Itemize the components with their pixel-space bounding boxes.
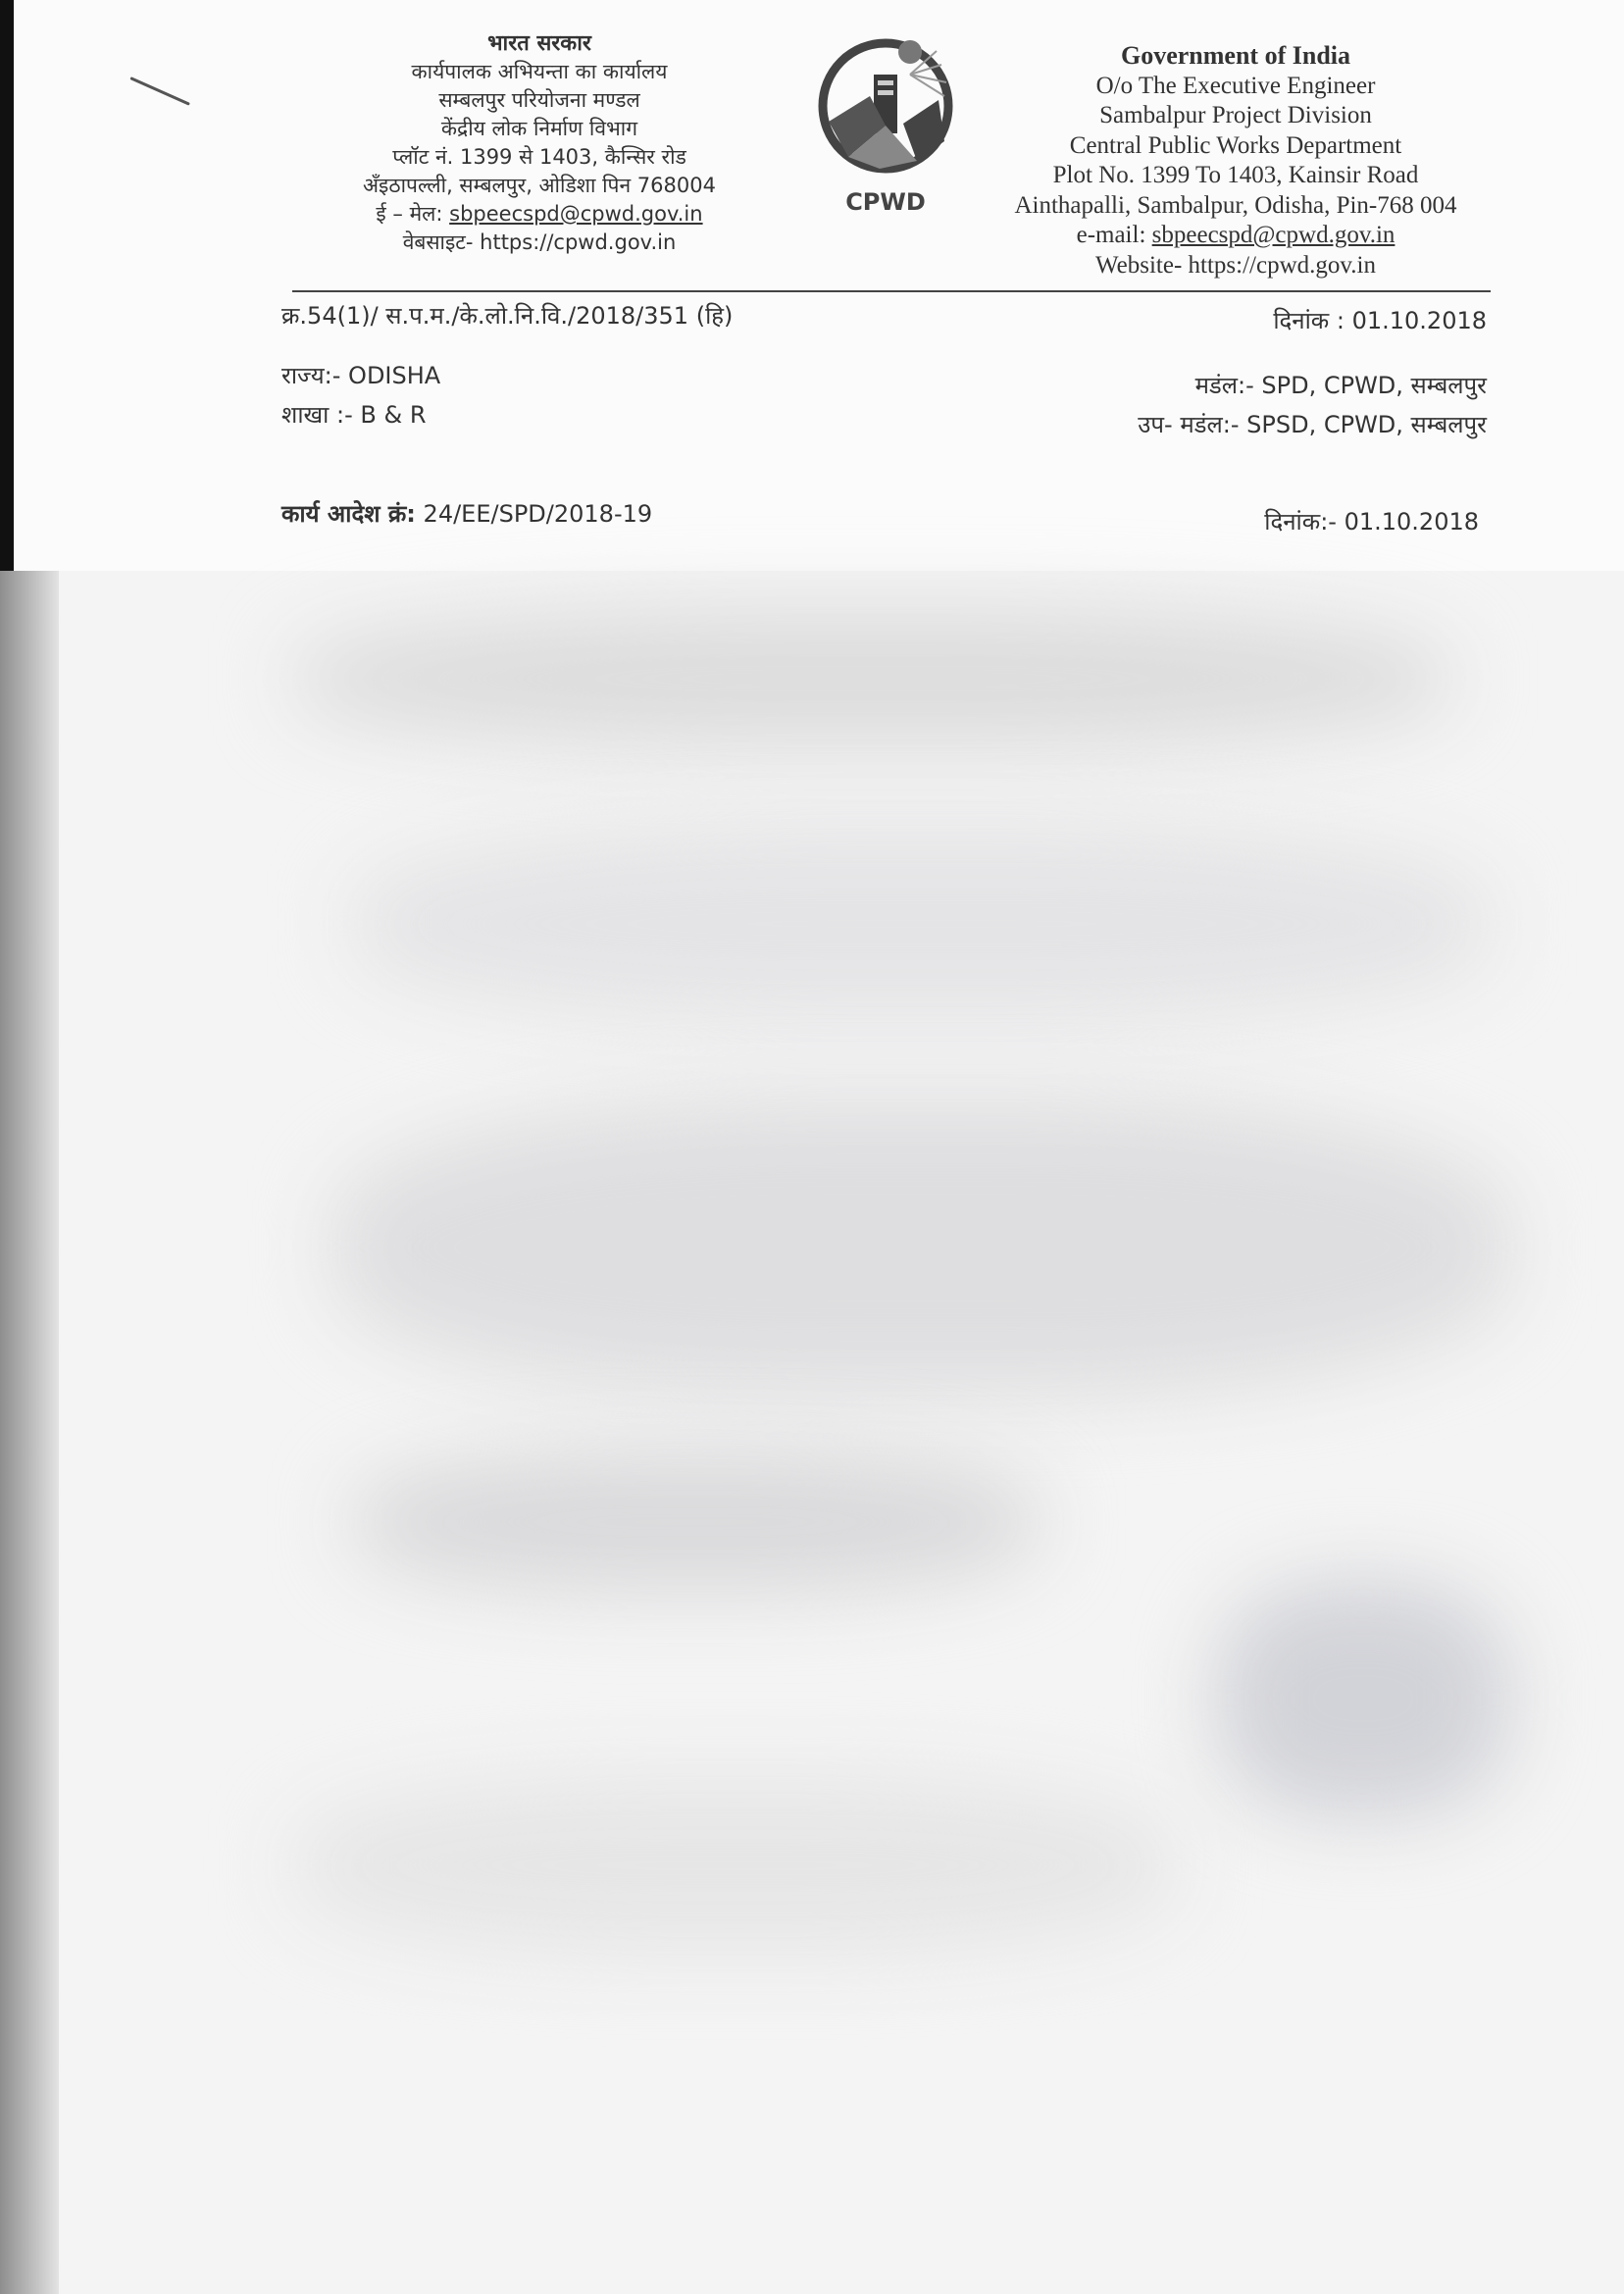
english-line: Central Public Works Department [990,131,1481,162]
hindi-email-row: ई – मेल: sbpeecspd@cpwd.gov.in [304,200,775,229]
cpwd-logo: CPWD [809,35,976,217]
hindi-line: कार्यपालक अभियन्ता का कार्यालय [304,58,775,86]
cpwd-emblem-icon: CPWD [809,35,976,217]
work-order-row: कार्य आदेश क्रं: 24/EE/SPD/2018-19 [281,497,652,530]
hindi-website-label: वेबसाइट- [403,230,474,254]
english-line: Sambalpur Project Division [990,101,1481,131]
english-line: Ainthapalli, Sambalpur, Odisha, Pin-768 … [990,191,1481,222]
english-website-label: Website- [1095,252,1182,279]
state-field: राज्य:- ODISHA [281,359,440,391]
branch-field: शाखा :- B & R [281,398,427,431]
svg-text:CPWD: CPWD [845,188,926,216]
english-email-label: e-mail: [1077,222,1146,248]
work-order-date: दिनांक:- 01.10.2018 [1264,505,1479,537]
reference-number: क्र.54(1)/ स.प.म./के.लो.नि.वि./2018/351 … [281,299,733,331]
redacted-body [59,571,1624,2294]
english-line: Plot No. 1399 To 1403, Kainsir Road [990,161,1481,191]
hindi-line: प्लॉट नं. 1399 से 1403, कैन्सिर रोड [304,143,775,172]
hindi-line: अँइठापल्ली, सम्बलपुर, ओडिशा पिन 768004 [304,172,775,200]
work-order-label: कार्य आदेश क्रं: [281,500,416,528]
hindi-website-row: वेबसाइट- https://cpwd.gov.in [304,229,775,257]
hindi-line: सम्बलपुर परियोजना मण्डल [304,86,775,115]
english-email-link[interactable]: sbpeecspd@cpwd.gov.in [1152,222,1396,248]
letterhead-hindi: भारत सरकार कार्यपालक अभियन्ता का कार्याल… [304,29,775,257]
english-line: O/o The Executive Engineer [990,72,1481,102]
english-website-link[interactable]: https://cpwd.gov.in [1189,252,1376,279]
hindi-title: भारत सरकार [304,29,775,58]
english-website-row: Website- https://cpwd.gov.in [990,251,1481,281]
english-title: Government of India [990,41,1481,72]
english-email-row: e-mail: sbpeecspd@cpwd.gov.in [990,221,1481,251]
pen-mark [129,76,190,106]
letterhead-english: Government of India O/o The Executive En… [990,41,1481,280]
hindi-email-label: ई – मेल: [376,202,442,226]
hindi-email-link[interactable]: sbpeecspd@cpwd.gov.in [449,202,702,226]
hindi-website-link[interactable]: https://cpwd.gov.in [480,230,676,254]
division-field: मडंल:- SPD, CPWD, सम्बलपुर [1195,369,1487,401]
hindi-line: केंद्रीय लोक निर्माण विभाग [304,115,775,143]
reference-date: दिनांक : 01.10.2018 [1273,304,1487,336]
sub-division-field: उप- मडंल:- SPSD, CPWD, सम्बलपुर [1138,408,1487,440]
work-order-number: 24/EE/SPD/2018-19 [424,500,653,528]
letterhead-divider [292,290,1491,292]
scan-border [0,0,14,571]
